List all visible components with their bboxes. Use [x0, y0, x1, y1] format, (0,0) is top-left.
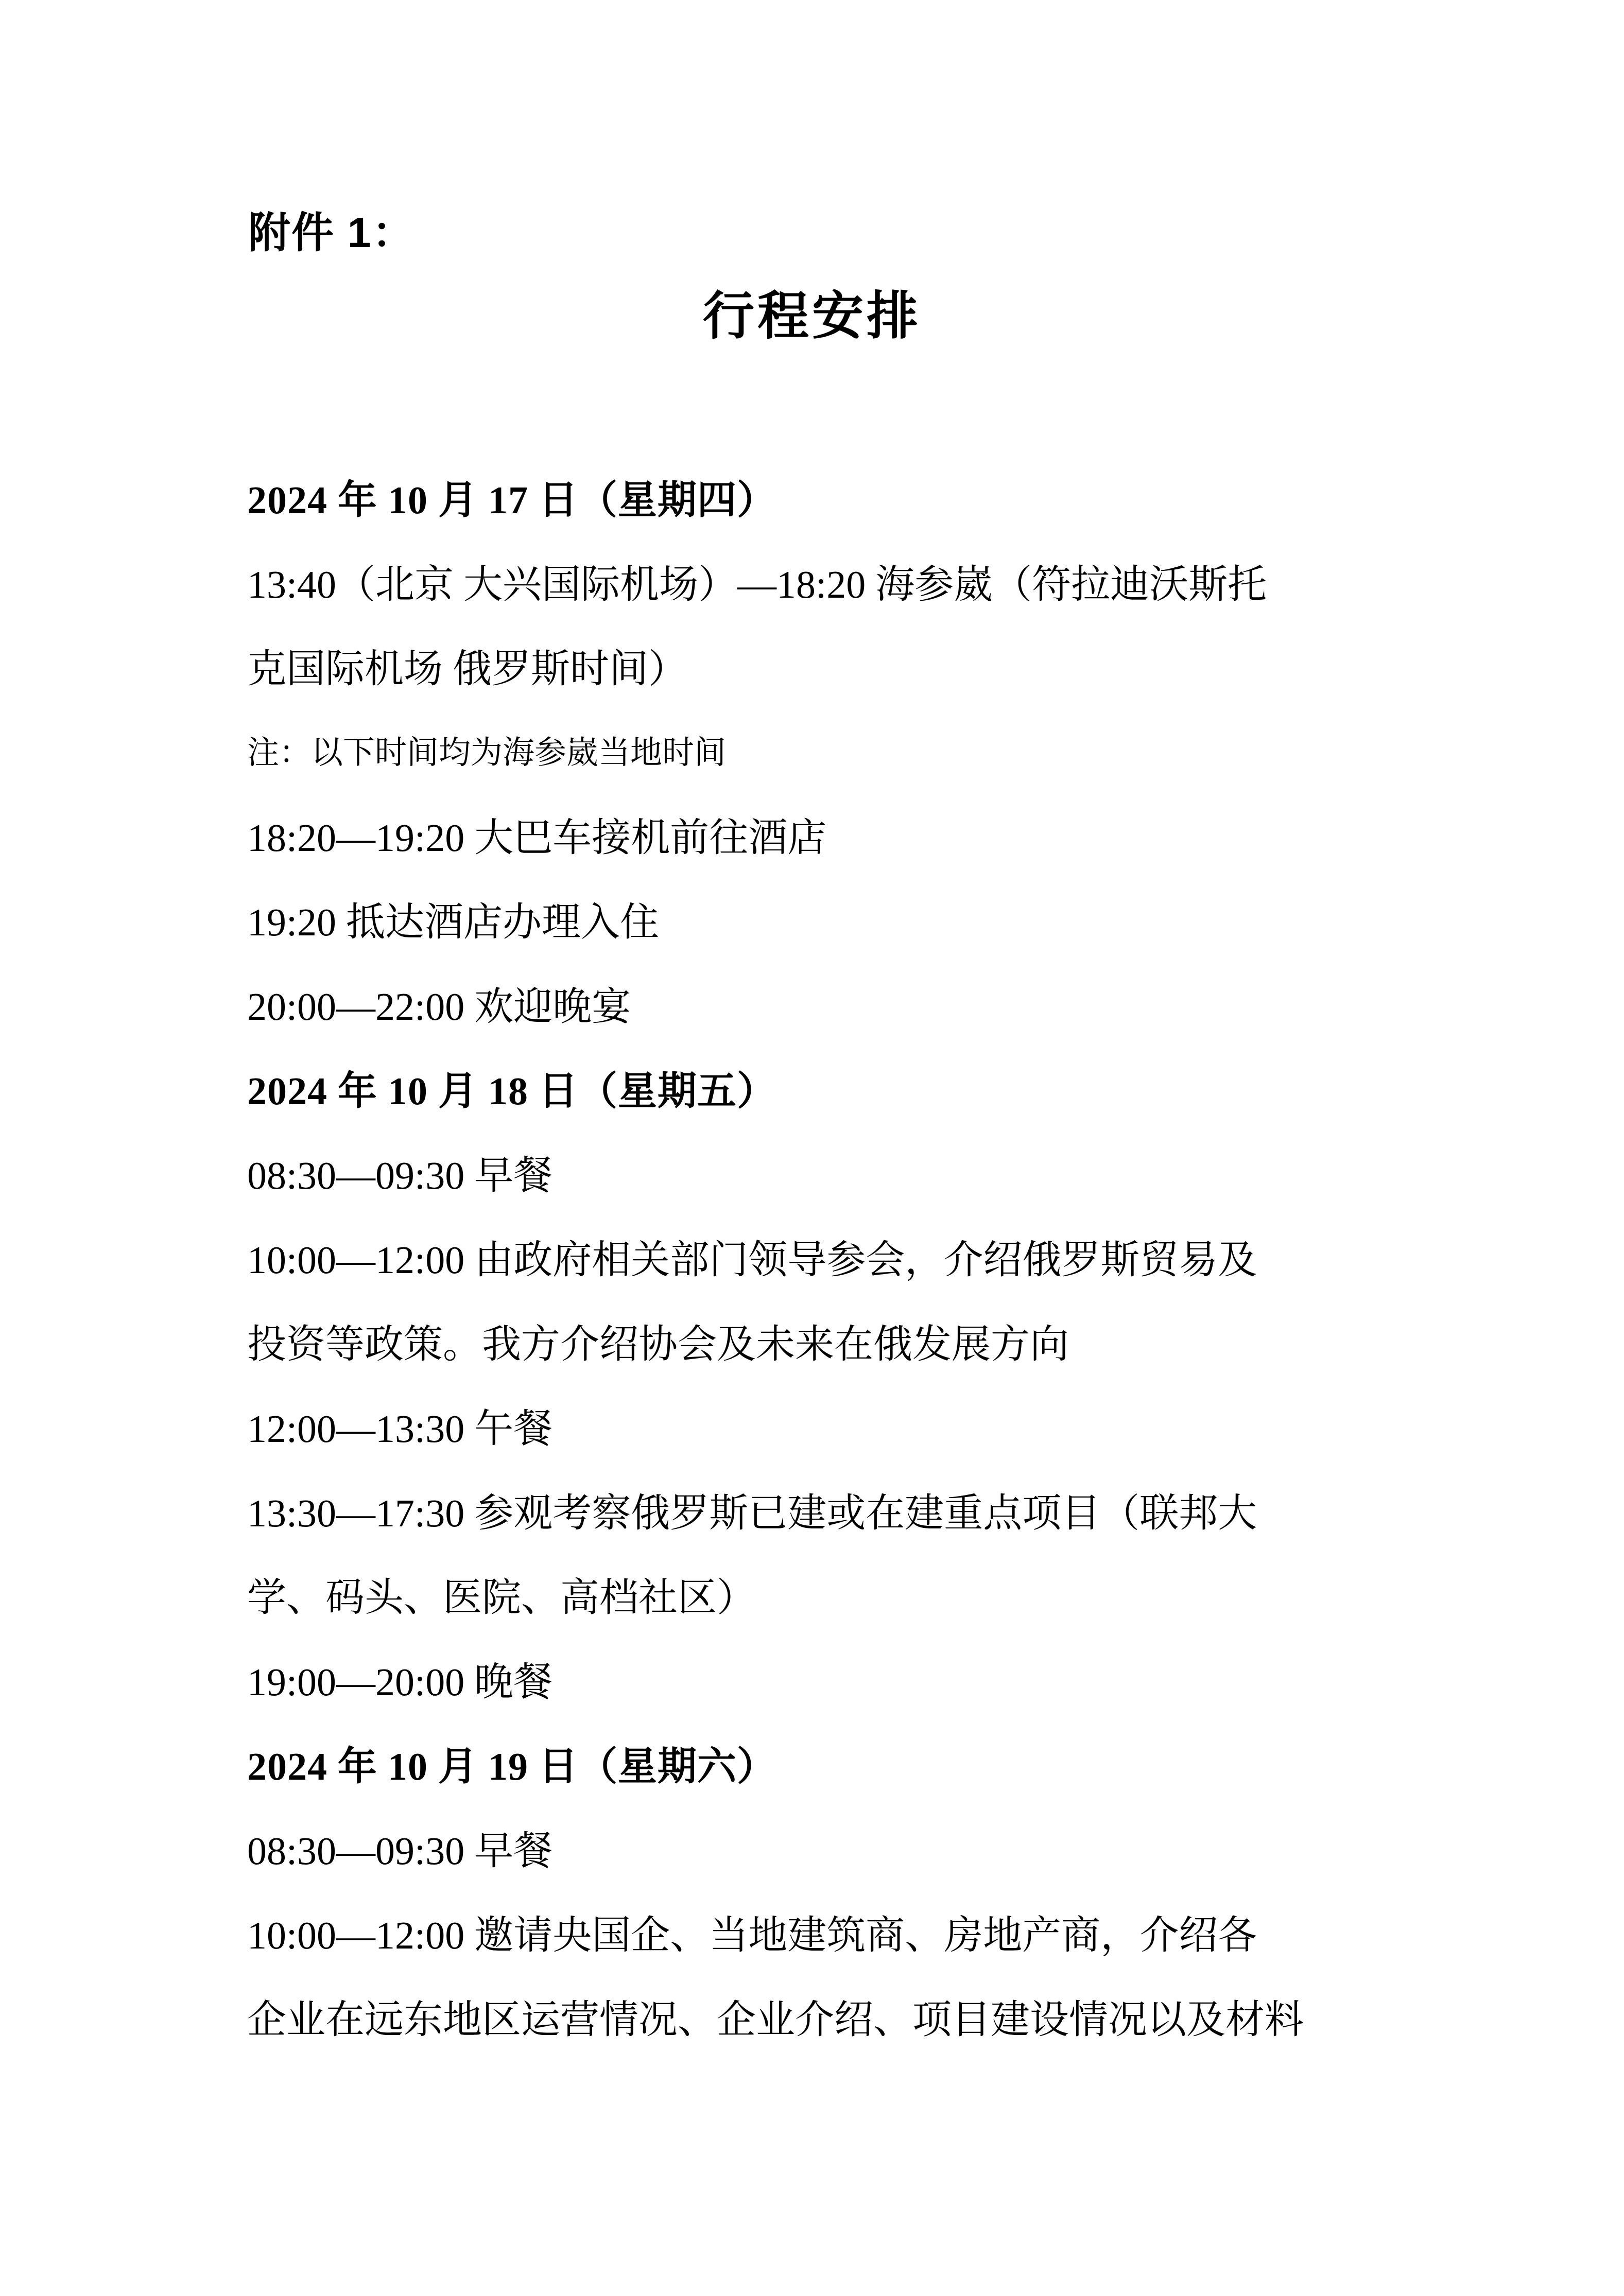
schedule-line: 10:00—12:00 由政府相关部门领导参会，介绍俄罗斯贸易及	[247, 1214, 1562, 1298]
schedule-body: 2024 年 10 月 17 日（星期四） 13:40（北京 大兴国际机场）—1…	[247, 454, 1562, 2058]
schedule-line: 投资等政策。我方介绍协会及未来在俄发展方向	[247, 1298, 1562, 1383]
schedule-line: 19:00—20:00 晚餐	[247, 1636, 1562, 1720]
document-page: 附件 1： 行程安排 2024 年 10 月 17 日（星期四） 13:40（北…	[0, 0, 1624, 2296]
schedule-line: 企业在远东地区运营情况、企业介绍、项目建设情况以及材料	[247, 1974, 1562, 2058]
schedule-line: 20:00—22:00 欢迎晚宴	[247, 961, 1562, 1045]
schedule-line: 13:40（北京 大兴国际机场）—18:20 海参崴（符拉迪沃斯托	[247, 538, 1562, 623]
date-heading: 2024 年 10 月 18 日（星期五）	[247, 1045, 1562, 1129]
schedule-line: 10:00—12:00 邀请央国企、当地建筑商、房地产商，介绍各	[247, 1889, 1562, 1974]
schedule-line: 08:30—09:30 早餐	[247, 1805, 1562, 1889]
schedule-line: 08:30—09:30 早餐	[247, 1129, 1562, 1214]
date-heading: 2024 年 10 月 17 日（星期四）	[247, 454, 1562, 538]
schedule-line: 12:00—13:30 午餐	[247, 1383, 1562, 1467]
schedule-line: 13:30—17:30 参观考察俄罗斯已建或在建重点项目（联邦大	[247, 1467, 1562, 1552]
date-heading: 2024 年 10 月 19 日（星期六）	[247, 1720, 1562, 1805]
note-line: 注：以下时间均为海参崴当地时间	[247, 707, 1562, 792]
schedule-line: 学、码头、医院、高档社区）	[247, 1552, 1562, 1636]
schedule-line: 19:20 抵达酒店办理入住	[247, 876, 1562, 961]
page-title: 行程安排	[0, 288, 1624, 345]
attachment-label: 附件 1：	[248, 210, 415, 256]
schedule-line: 克国际机场 俄罗斯时间）	[247, 623, 1562, 707]
schedule-line: 18:20—19:20 大巴车接机前往酒店	[247, 792, 1562, 876]
